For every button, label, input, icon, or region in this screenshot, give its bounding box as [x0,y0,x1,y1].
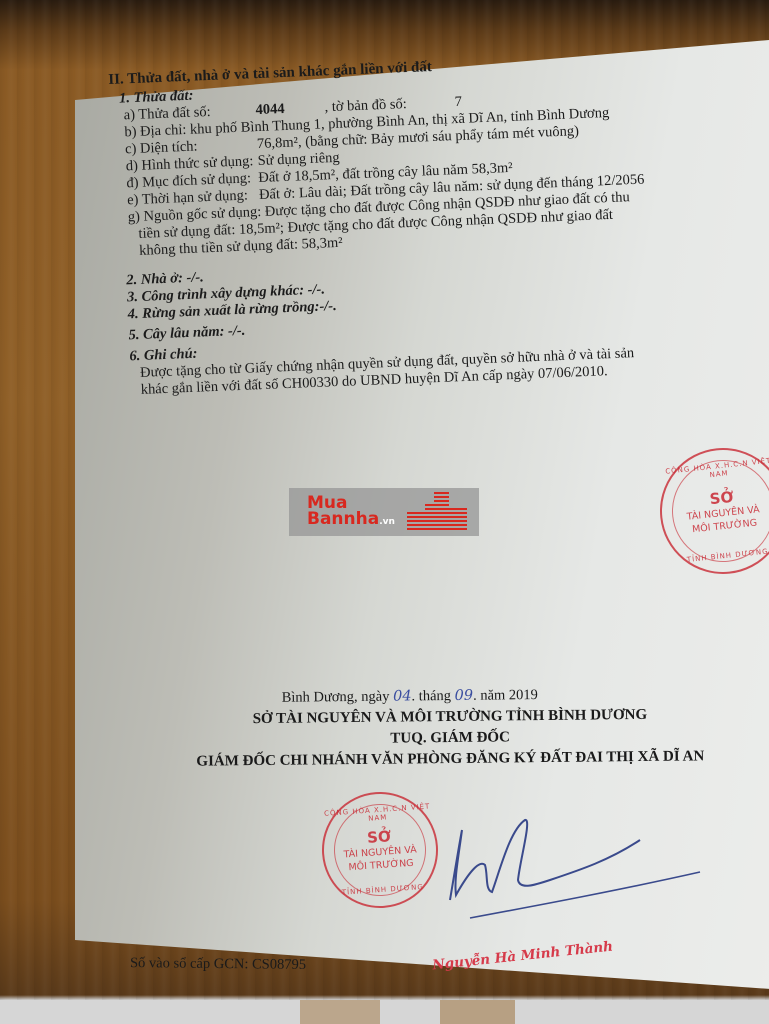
seal-line-3: MÔI TRƯỜNG [348,857,414,875]
gcn-registry-number: Số vào sổ cấp GCN: CS08795 [130,955,306,974]
watermark-suffix: .vn [379,517,395,527]
date-place: Bình Dương, ngày [282,689,390,706]
address-label: b) Địa chỉ: [124,122,187,140]
parcel-number: 4044 [255,101,285,118]
date-month: 09 [455,688,474,704]
map-sheet-label: , tờ bản đồ số: [324,96,407,115]
seal-line-2: TÀI NGUYÊN VÀ [343,843,417,861]
floor-background [0,1000,769,1024]
map-sheet-number: 7 [454,94,462,110]
date-day: 04 [393,688,412,704]
on-behalf-title: TUQ. GIÁM ĐỐC [120,727,769,751]
signing-block: Bình Dương, ngày 04. tháng 09. năm 2019 … [120,685,769,772]
watermark-line-2: Bannha [307,509,379,529]
certificate-content: II. Thửa đất, nhà ở và tài sản khác gắn … [108,48,721,400]
seal-line-1: SỞ [367,827,392,847]
building-icon [407,492,467,532]
date-month-label: tháng [419,688,451,704]
seal-line-1: SỞ [709,488,735,508]
handwritten-signature [440,810,760,930]
seal-line-3: MÔI TRƯỜNG [692,517,758,537]
watermark-text: Mua Bannha.vn [307,495,395,530]
seal-line-2: TÀI NGUYÊN VÀ [686,503,760,524]
usage-form-value: Sử dụng riêng [257,150,340,169]
watermark-logo: Mua Bannha.vn [289,488,479,536]
seal-ring-bottom: TỈNH BÌNH DƯƠNG [667,545,769,566]
date-year: năm 2019 [480,687,538,704]
issuing-organization: SỞ TÀI NGUYÊN VÀ MÔI TRƯỜNG TỈNH BÌNH DƯ… [120,706,769,730]
